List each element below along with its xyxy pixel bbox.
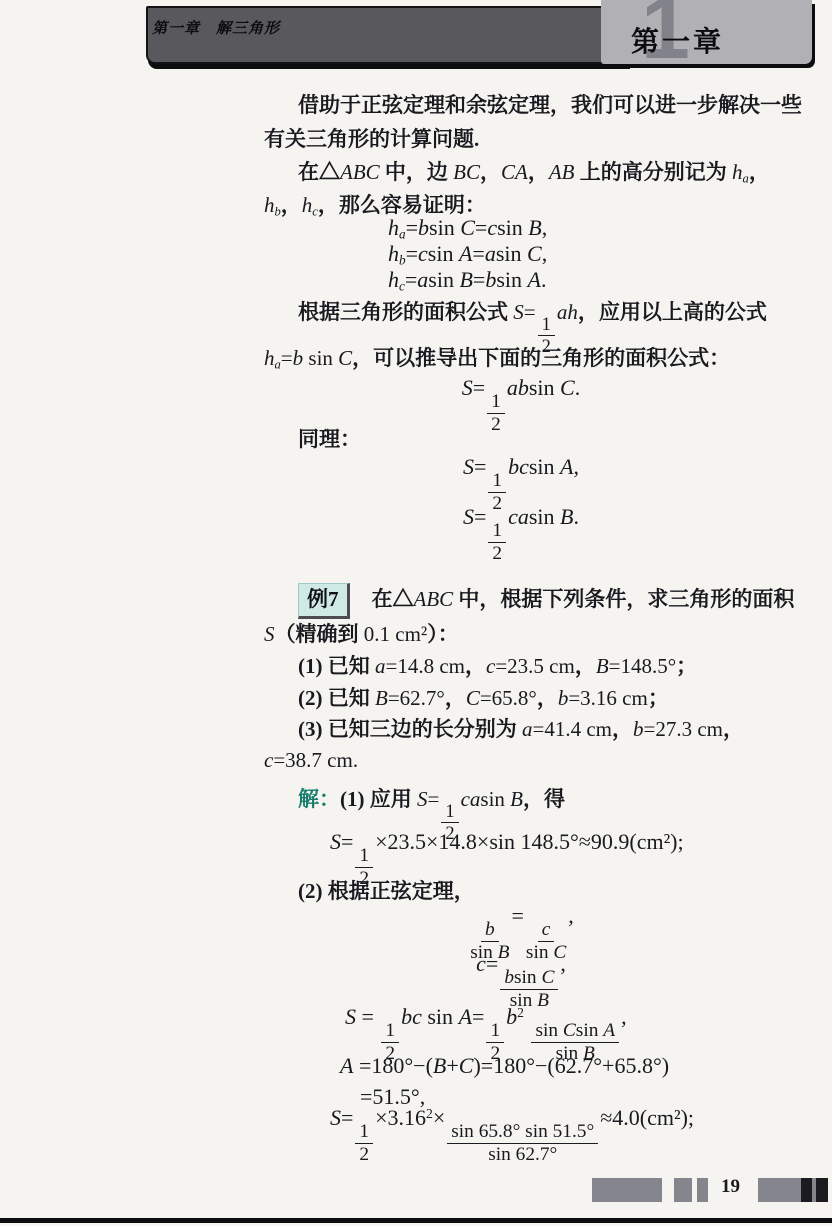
example7-item3-cont: c=38.7 cm. <box>264 747 358 774</box>
example7-statement: 在△ABC 中，根据下列条件，求三角形的面积 <box>372 587 795 611</box>
formula-S-final: S=12×3.162×sin 65.8° sin 51.5°sin 62.7°≈… <box>330 1104 694 1165</box>
footer-decor-square <box>674 1178 692 1202</box>
para-intro-line1: 借助于正弦定理和余弦定理，我们可以进一步解决一些 <box>298 92 802 119</box>
page-number: 19 <box>721 1176 740 1198</box>
formula-ha: ha=bsin C=csin B, <box>388 214 547 243</box>
para-intro-line2: 有关三角形的计算问题. <box>264 126 479 153</box>
footer-decor-bar1 <box>592 1178 662 1202</box>
para-heights-line1: 在△ABC 中，边 BC，CA，AB 上的高分别记为 ha， <box>298 159 770 187</box>
para-tongli: 同理： <box>298 426 361 453</box>
chapter-number-box: 1 第一章 <box>601 0 812 64</box>
example7-item3: (3) 已知三边的长分别为 a=41.4 cm，b=27.3 cm， <box>298 716 744 743</box>
footer-decor-dark2 <box>816 1178 828 1202</box>
example7-line1: 例7在△ABC 中，根据下列条件，求三角形的面积 <box>298 583 794 619</box>
example7-item2: (2) 已知 B=62.7°，C=65.8°，b=3.16 cm； <box>298 685 669 712</box>
formula-A-calc: A =180°−(B+C)=180°−(62.7°+65.8°) <box>340 1052 669 1081</box>
formula-hb: hb=csin A=asin C, <box>388 240 547 269</box>
running-head: 第一章 解三角形 <box>152 17 280 38</box>
formula-hc: hc=asin B=bsin A. <box>388 266 546 295</box>
example7-item1: (1) 已知 a=14.8 cm，c=23.5 cm，B=148.5°； <box>298 653 697 680</box>
example-badge: 例7 <box>298 583 350 619</box>
footer-decor-dark1 <box>801 1178 812 1202</box>
textbook-page: 第一章 解三角形 1 第一章 借助于正弦定理和余弦定理，我们可以进一步解决一些 … <box>0 0 832 1226</box>
chapter-box-label: 第一章 <box>631 20 724 60</box>
formula-area-casinB: S=12casin B. <box>264 503 778 564</box>
bottom-rule <box>0 1218 832 1223</box>
example7-line2: S（精确到 0.1 cm²）： <box>264 621 459 648</box>
para-area-line2: ha=b sin C，可以推导出下面的三角形的面积公式： <box>264 345 730 373</box>
footer-decor-tick <box>697 1178 708 1202</box>
